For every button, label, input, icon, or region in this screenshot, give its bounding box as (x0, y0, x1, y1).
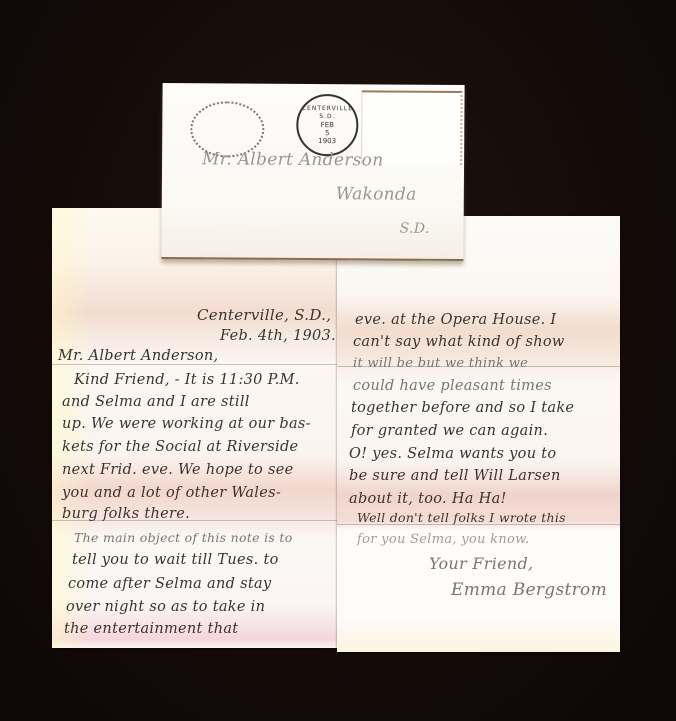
letter-date: Feb. 4th, 1903. (220, 328, 336, 344)
letter-line: The main object of this note is to (74, 530, 293, 545)
letter-signature: Emma Bergstrom (451, 580, 607, 600)
letter-page-right: eve. at the Opera House. I can't say wha… (337, 216, 620, 652)
letter-line: together before and so I take (351, 400, 574, 416)
letter-line: eve. at the Opera House. I (355, 312, 556, 328)
letter-line: kets for the Social at Riverside (62, 439, 298, 455)
letter-line: it will be but we think we (353, 356, 528, 371)
letter-line: O! yes. Selma wants you to (349, 446, 556, 462)
letter-closing: Your Friend, (429, 554, 533, 573)
envelope: CENTERVILLE S.D. FEB 5 1903 Mr. Albert A… (161, 83, 464, 261)
letter-line: you and a lot of other Wales- (62, 485, 281, 501)
envelope-address-town: Wakonda (336, 184, 417, 205)
letter-line: Kind Friend, - It is 11:30 P.M. (74, 372, 300, 388)
letter-line: for you Selma, you know. (357, 532, 529, 547)
envelope-address-state: S.D. (400, 221, 430, 237)
postmark-month: FEB (321, 121, 334, 129)
postmark-ring-text: CENTERVILLE S.D. (298, 105, 356, 121)
letter-line: over night so as to take in (66, 599, 265, 615)
letter-line: come after Selma and stay (68, 576, 271, 592)
postmark-year: 1903 (318, 137, 336, 145)
letter-place: Centerville, S.D., (197, 306, 331, 324)
letter-line: about it, too. Ha Ha! (349, 491, 507, 507)
letter-page-left: Centerville, S.D., Feb. 4th, 1903. Mr. A… (52, 208, 338, 648)
letter-recipient: Mr. Albert Anderson, (58, 348, 218, 364)
letter-line: burg folks there. (62, 506, 190, 522)
letter-line: could have pleasant times (353, 378, 552, 394)
fold-line (52, 364, 338, 365)
letter-line: the entertainment that (64, 621, 238, 637)
letter-line: up. We were working at our bas- (62, 416, 311, 432)
letter-line: and Selma and I are still (62, 394, 250, 410)
envelope-address-name: Mr. Albert Anderson (202, 149, 384, 170)
letter-line: can't say what kind of show (353, 334, 565, 350)
postmark-day: 5 (325, 129, 330, 137)
letter-line: be sure and tell Will Larsen (349, 468, 561, 484)
letter-line: Well don't tell folks I wrote this (357, 510, 566, 525)
letter-line: for granted we can again. (351, 423, 548, 439)
postmark-centerville: CENTERVILLE S.D. FEB 5 1903 (296, 94, 358, 156)
letter-line: next Frid. eve. We hope to see (62, 462, 293, 478)
letter-line: tell you to wait till Tues. to (72, 552, 279, 568)
